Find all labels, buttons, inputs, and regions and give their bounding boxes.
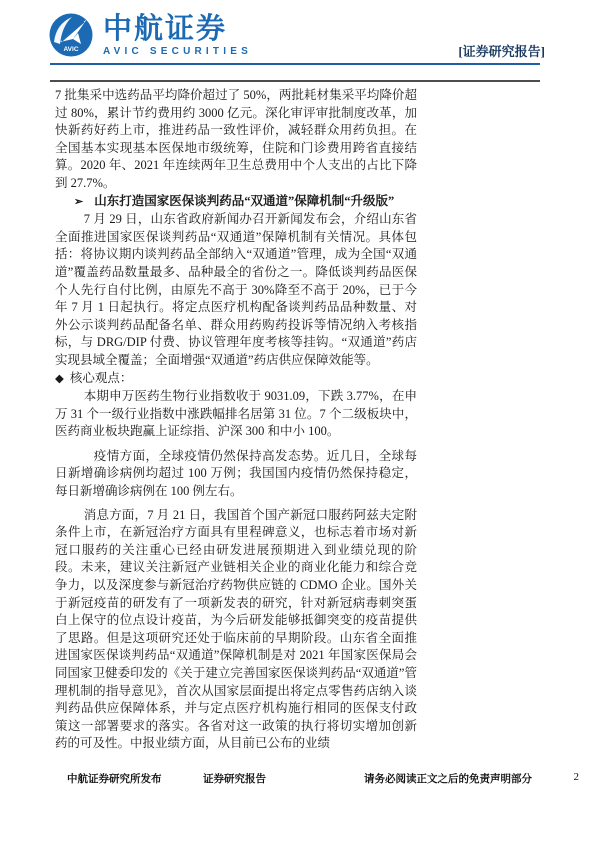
- header-rule-dark: [50, 80, 540, 82]
- report-body: 7 批集采中选药品平均降价超过了 50%，两批耗材集采平均降价超过 80%，累计…: [55, 87, 417, 753]
- brand-text: 中航证券 AVIC SECURITIES: [103, 14, 252, 57]
- brand-name-en: AVIC SECURITIES: [103, 46, 252, 57]
- footer-report-type: 证券研究报告: [203, 771, 266, 786]
- paragraph-index-review: 本期申万医药生物行业指数收于 9031.09，下跌 3.77%，在申万 31 个…: [55, 388, 417, 441]
- section-heading-shandong: ➢山东打造国家医保谈判药品“双通道”保障机制“升级版”: [55, 193, 417, 212]
- page-number: 2: [574, 771, 580, 783]
- avic-logo-text: AVIC: [63, 46, 78, 53]
- arrow-bullet-icon: ➢: [74, 196, 83, 208]
- footer-publisher: 中航证券研究所发布: [67, 771, 162, 786]
- report-page: AVIC 中航证券 AVIC SECURITIES [证券研究报告] 7 批集采…: [0, 0, 596, 842]
- paragraph-epidemic: 疫情方面，全球疫情仍然保持高发态势。近几日，全球每日新增确诊病例均超过 100 …: [55, 448, 417, 501]
- section-heading-text: 山东打造国家医保谈判药品“双通道”保障机制“升级版”: [94, 194, 394, 208]
- paragraph-news: 消息方面，7 月 21 日，我国首个国产新冠口服药阿兹夫定附条件上市，在新冠治疗…: [55, 507, 417, 753]
- paragraph-procurement: 7 批集采中选药品平均降价超过了 50%，两批耗材集采平均降价超过 80%，累计…: [55, 87, 417, 193]
- avic-logo-icon: AVIC: [48, 12, 94, 58]
- core-view-heading: ◆核心观点：: [55, 370, 417, 389]
- footer-disclaimer: 请务必阅读正文之后的免责声明部分: [364, 771, 532, 786]
- core-view-title: 核心观点：: [70, 371, 133, 385]
- paragraph-shandong-detail: 7 月 29 日，山东省政府新闻办召开新闻发布会，介绍山东省全面推进国家医保谈判…: [55, 211, 417, 369]
- header-rule-blue: [50, 63, 540, 65]
- page-footer: 中航证券研究所发布 证券研究报告 请务必阅读正文之后的免责声明部分: [55, 771, 540, 785]
- report-tag: [证券研究报告]: [458, 41, 545, 60]
- diamond-bullet-icon: ◆: [55, 373, 64, 385]
- avic-logo: AVIC 中航证券 AVIC SECURITIES: [48, 12, 252, 58]
- brand-name-cn: 中航证券: [103, 14, 252, 44]
